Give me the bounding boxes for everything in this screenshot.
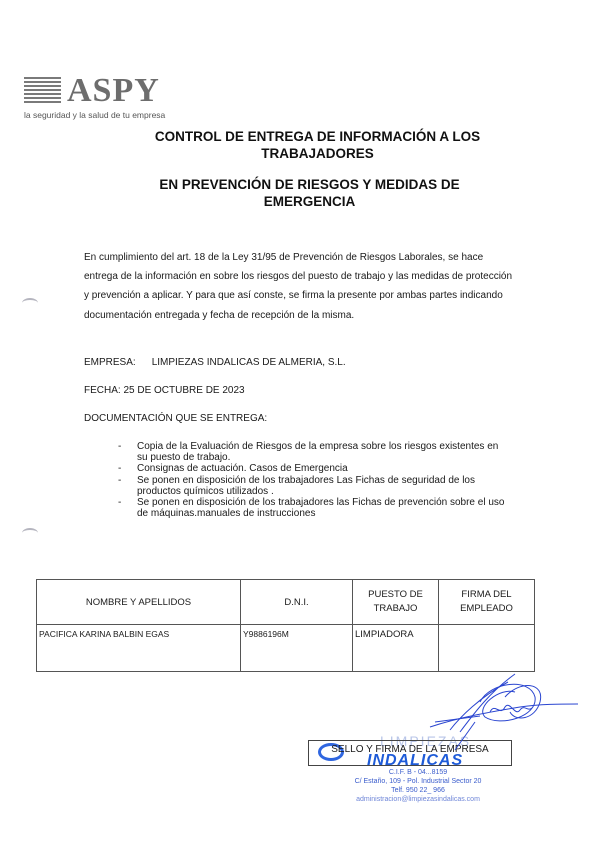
header-nombre: NOMBRE Y APELLIDOS <box>37 580 241 625</box>
document-title: CONTROL DE ENTREGA DE INFORMACIÓN A LOS … <box>20 128 595 162</box>
header-firma-text: FIRMA DEL EMPLEADO <box>452 588 522 616</box>
table-row: PACIFICA KARINA BALBIN EGAS Y9886196M LI… <box>37 625 535 672</box>
cell-dni: Y9886196M <box>241 625 353 672</box>
list-item: Consignas de actuación. Casos de Emergen… <box>118 463 508 474</box>
list-item: Se ponen en disposición de los trabajado… <box>118 475 508 497</box>
table-header-row: NOMBRE Y APELLIDOS D.N.I. PUESTO DE TRAB… <box>37 580 535 625</box>
punch-hole-icon <box>22 298 38 308</box>
list-item: Copia de la Evaluación de Riesgos de la … <box>118 441 508 463</box>
list-item: Se ponen en disposición de los trabajado… <box>118 497 508 519</box>
stamp-address: C/ Estaño, 109 - Pol. Industrial Sector … <box>318 778 518 785</box>
cell-nombre: PACIFICA KARINA BALBIN EGAS <box>37 625 241 672</box>
title-line-4: EMERGENCIA <box>12 193 595 210</box>
title-line-1: CONTROL DE ENTREGA DE INFORMACIÓN A LOS <box>20 128 595 145</box>
header-dni: D.N.I. <box>241 580 353 625</box>
empresa-field: EMPRESA:LIMPIEZAS INDALICAS DE ALMERIA, … <box>84 357 346 368</box>
intro-paragraph: En cumplimiento del art. 18 de la Ley 31… <box>84 248 514 325</box>
stamp-company-name: INDALICAS <box>367 752 463 770</box>
fecha-field: FECHA: 25 DE OCTUBRE DE 2023 <box>84 385 245 396</box>
striped-bars-logo-icon <box>24 76 61 106</box>
stamp-phone: Telf. 950 22_ 966 <box>318 787 518 794</box>
title-line-3: EN PREVENCIÓN DE RIESGOS Y MEDIDAS DE <box>12 176 595 193</box>
header-puesto-text: PUESTO DE TRABAJO <box>366 588 426 616</box>
stamp-cif: C.I.F. B - 04...8159 <box>318 769 518 776</box>
documentacion-list: Copia de la Evaluación de Riesgos de la … <box>118 441 508 519</box>
title-line-2: TRABAJADORES <box>20 145 595 162</box>
header-firma: FIRMA DEL EMPLEADO <box>439 580 535 625</box>
logo-tagline: la seguridad y la salud de tu empresa <box>24 110 165 120</box>
header-puesto: PUESTO DE TRABAJO <box>353 580 439 625</box>
punch-hole-icon <box>22 528 38 538</box>
cell-firma <box>439 625 535 672</box>
signature-icon <box>420 672 580 752</box>
employee-table: NOMBRE Y APELLIDOS D.N.I. PUESTO DE TRAB… <box>36 579 535 672</box>
documentacion-heading: DOCUMENTACIÓN QUE SE ENTREGA: <box>84 413 267 424</box>
stamp-email: administracion@limpiezasindalicas.com <box>318 796 518 803</box>
logo-brand: ASPY <box>67 76 160 106</box>
empresa-label: EMPRESA: <box>84 357 136 368</box>
aspy-logo: ASPY <box>24 76 160 106</box>
cell-puesto: LIMPIADORA <box>353 625 439 672</box>
document-subtitle: EN PREVENCIÓN DE RIESGOS Y MEDIDAS DE EM… <box>12 176 595 210</box>
empresa-value: LIMPIEZAS INDALICAS DE ALMERIA, S.L. <box>152 357 346 368</box>
